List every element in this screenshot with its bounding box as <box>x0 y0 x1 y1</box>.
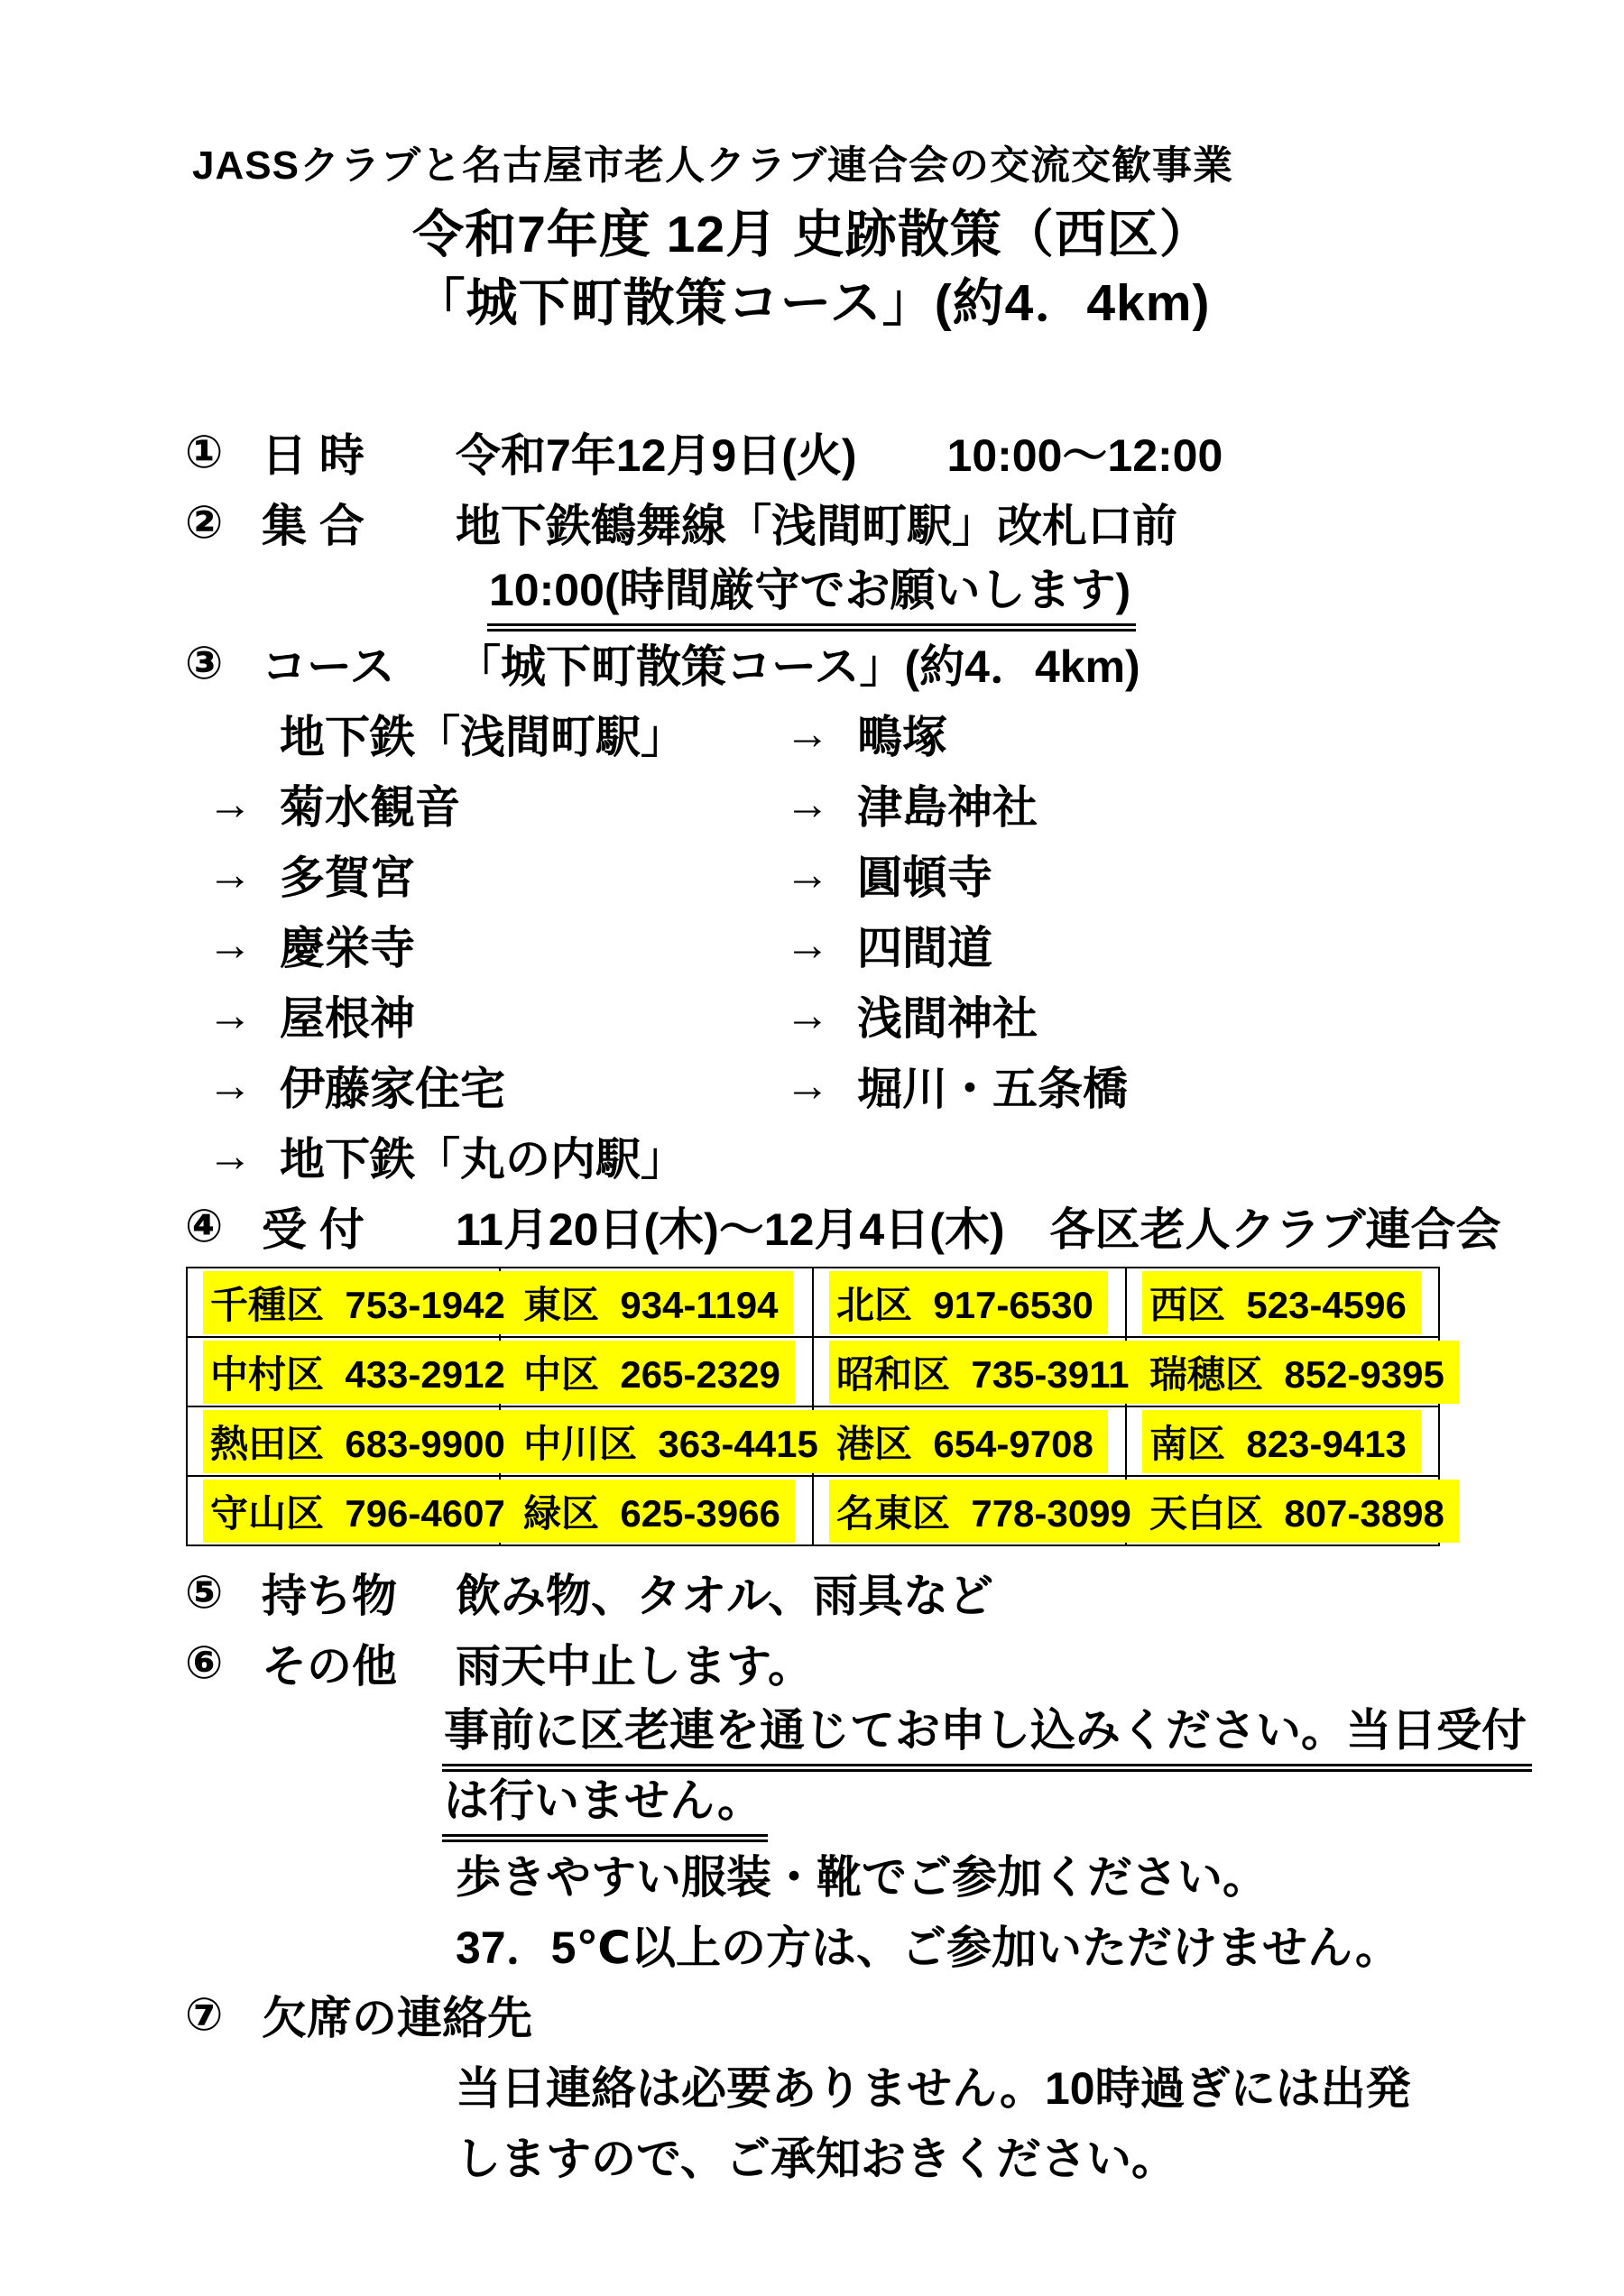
right-arrow: → <box>785 1059 857 1111</box>
item-label: その他 <box>262 1630 456 1695</box>
course-row: → 菊水観音 → 津島神社 <box>0 769 1624 839</box>
item-number: ① <box>185 426 262 478</box>
course-stop: 四間道 <box>857 912 992 977</box>
course-stop: 鴫塚 <box>857 701 947 766</box>
application-note-text2: は行いません。 <box>442 1765 768 1842</box>
item-value: 地下鉄鶴舞線「浅間町駅」改札口前 <box>456 490 1177 555</box>
ward-phone-highlight: 東区 934-1194 <box>516 1271 793 1334</box>
ward-phone-highlight: 昭和区 735-3911 <box>829 1341 1144 1404</box>
document-title: 令和7年度 12月 史跡散策（西区） <box>0 200 1624 269</box>
ward-phone-highlight: 中区 265-2329 <box>516 1341 795 1404</box>
course-row: → 多賀宮 → 圓頓寺 <box>0 839 1624 909</box>
course-row: → 地下鉄「丸の内駅」 <box>0 1120 1624 1191</box>
course-stop: 津島神社 <box>857 771 1038 836</box>
right-arrow: → <box>785 707 857 760</box>
ward-phone-cell: 北区 917-6530 <box>813 1268 1126 1337</box>
ward-phone-highlight: 南区 823-9413 <box>1142 1410 1421 1473</box>
application-note-line2: は行いません。 <box>0 1768 1624 1839</box>
ward-phone-cell: 西区 523-4596 <box>1126 1268 1439 1337</box>
item-label: コース <box>262 631 456 696</box>
right-arrow: → <box>208 1130 280 1182</box>
item-number: ⑥ <box>185 1637 262 1689</box>
course-stop: 慶栄寺 <box>280 912 785 977</box>
ward-phone-highlight: 中川区 363-4415 <box>516 1410 833 1473</box>
course-stop: 浅間神社 <box>857 982 1038 1047</box>
item-number: ⑤ <box>185 1566 262 1618</box>
item-label: 欠席の連絡先 <box>262 1982 532 2047</box>
item-label: 日 時 <box>262 420 456 484</box>
item-label: 受 付 <box>262 1194 456 1259</box>
course-stop: 堀川・五条橋 <box>857 1053 1128 1118</box>
ward-phone-highlight: 瑞穂区 852-9395 <box>1142 1341 1459 1404</box>
ward-phone-highlight: 千種区 753-1942 <box>203 1271 520 1334</box>
ward-phone-cell: 瑞穂区 852-9395 <box>1126 1337 1439 1406</box>
ward-phone-highlight: 名東区 778-3099 <box>829 1480 1146 1543</box>
document-course-title: 「城下町散策コース」(約4．4km) <box>0 269 1624 337</box>
course-row: → 慶栄寺 → 四間道 <box>0 909 1624 980</box>
ward-phone-cell: 南区 823-9413 <box>1126 1406 1439 1476</box>
item-course: ③ コース 「城下町散策コース」(約4．4km) <box>0 628 1624 698</box>
ward-phone-highlight: 港区 654-9708 <box>829 1410 1108 1473</box>
right-arrow: → <box>785 778 857 830</box>
course-stop: 菊水観音 <box>280 771 785 836</box>
item-value: 令和7年12月9日(火) 10:00～12:00 <box>456 420 1223 484</box>
item-label: 集 合 <box>262 490 456 555</box>
course-route-list: 地下鉄「浅間町駅」 → 鴫塚 → 菊水観音 → 津島神社 → 多賀宮 → 圓頓寺… <box>0 698 1624 1191</box>
item-label: 持ち物 <box>262 1560 456 1625</box>
ward-phone-cell: 守山区 796-4607 <box>187 1476 500 1545</box>
ward-phone-cell: 天白区 807-3898 <box>1126 1476 1439 1545</box>
table-row: 中村区 433-2912 中区 265-2329 昭和区 735-3911 瑞穂… <box>187 1337 1439 1406</box>
ward-phone-table: 千種区 753-1942 東区 934-1194 北区 917-6530 西区 … <box>186 1267 1440 1546</box>
right-arrow: → <box>208 848 280 900</box>
ward-phone-cell: 緑区 625-3966 <box>500 1476 813 1545</box>
item-other: ⑥ その他 雨天中止します。 <box>0 1627 1624 1698</box>
absence-note-line1: 当日連絡は必要ありません。10時過ぎには出発 <box>0 2050 1624 2120</box>
ward-phone-cell: 港区 654-9708 <box>813 1406 1126 1476</box>
course-stop: 圓頓寺 <box>857 842 992 907</box>
ward-phone-highlight: 中村区 433-2912 <box>203 1341 520 1404</box>
ward-phone-cell: 昭和区 735-3911 <box>813 1337 1126 1406</box>
absence-note-text2: しますので、ご承知おきください。 <box>456 2123 1176 2188</box>
ward-phone-highlight: 西区 523-4596 <box>1142 1271 1421 1334</box>
item-absence-contact: ⑦ 欠席の連絡先 <box>0 1979 1624 2050</box>
course-row: → 伊藤家住宅 → 堀川・五条橋 <box>0 1050 1624 1120</box>
right-arrow: → <box>208 918 280 971</box>
right-arrow: → <box>785 918 857 971</box>
ward-phone-cell: 名東区 778-3099 <box>813 1476 1126 1545</box>
course-stop: 地下鉄「浅間町駅」 <box>280 701 785 766</box>
table-row: 千種区 753-1942 東区 934-1194 北区 917-6530 西区 … <box>187 1268 1439 1337</box>
ward-phone-highlight: 北区 917-6530 <box>829 1271 1108 1334</box>
ward-phone-cell: 東区 934-1194 <box>500 1268 813 1337</box>
clothing-note-text: 歩きやすい服装・靴でご参加ください。 <box>456 1841 1268 1906</box>
ward-phone-highlight: 熱田区 683-9900 <box>203 1410 520 1473</box>
ward-phone-cell: 中川区 363-4415 <box>500 1406 813 1476</box>
right-arrow: → <box>785 848 857 900</box>
item-value: 11月20日(木)～12月4日(木) 各区老人クラブ連合会 <box>456 1194 1501 1259</box>
document-page: JASSクラブと名古屋市老人クラブ連合会の交流交歓事業 令和7年度 12月 史跡… <box>0 0 1624 2296</box>
meeting-time-note: 10:00(時間厳守でお願いします) <box>0 558 1624 628</box>
temperature-note-line: 37．5℃以上の方は、ご参加いただけません。 <box>0 1909 1624 1979</box>
item-number: ⑦ <box>185 1988 262 2041</box>
item-value: 飲み物、タオル、雨具など <box>456 1560 993 1625</box>
right-arrow: → <box>208 778 280 830</box>
right-arrow: → <box>208 989 280 1041</box>
ward-phone-cell: 中村区 433-2912 <box>187 1337 500 1406</box>
meeting-time-note-text: 10:00(時間厳守でお願いします) <box>487 554 1136 632</box>
item-datetime: ① 日 時 令和7年12月9日(火) 10:00～12:00 <box>0 417 1624 487</box>
table-row: 守山区 796-4607 緑区 625-3966 名東区 778-3099 天白… <box>187 1476 1439 1545</box>
right-arrow: → <box>785 989 857 1041</box>
application-note-line1: 事前に区老連を通じてお申し込みください。当日受付 <box>0 1698 1624 1768</box>
course-stop: 屋根神 <box>280 982 785 1047</box>
absence-note-line2: しますので、ご承知おきください。 <box>0 2120 1624 2190</box>
table-row: 熱田区 683-9900 中川区 363-4415 港区 654-9708 南区… <box>187 1406 1439 1476</box>
item-meeting: ② 集 合 地下鉄鶴舞線「浅間町駅」改札口前 <box>0 487 1624 558</box>
document-subtitle: JASSクラブと名古屋市老人クラブ連合会の交流交歓事業 <box>192 137 1624 195</box>
ward-phone-cell: 中区 265-2329 <box>500 1337 813 1406</box>
ward-phone-cell: 熱田区 683-9900 <box>187 1406 500 1476</box>
item-number: ③ <box>185 637 262 689</box>
ward-phone-highlight: 守山区 796-4607 <box>203 1480 520 1543</box>
course-row: → 屋根神 → 浅間神社 <box>0 980 1624 1050</box>
course-stop: 多賀宮 <box>280 842 785 907</box>
ward-phone-highlight: 緑区 625-3966 <box>516 1480 795 1543</box>
ward-phone-cell: 千種区 753-1942 <box>187 1268 500 1337</box>
ward-phone-highlight: 天白区 807-3898 <box>1142 1480 1459 1543</box>
item-value: 「城下町散策コース」(約4．4km) <box>456 631 1140 696</box>
temperature-note-text: 37．5℃以上の方は、ご参加いただけません。 <box>456 1912 1400 1977</box>
right-arrow: → <box>208 1059 280 1111</box>
application-note-text1: 事前に区老連を通じてお申し込みください。当日受付 <box>442 1694 1532 1772</box>
item-number: ④ <box>185 1200 262 1252</box>
course-stop: 伊藤家住宅 <box>280 1053 785 1118</box>
item-number: ② <box>185 496 262 549</box>
item-belongings: ⑤ 持ち物 飲み物、タオル、雨具など <box>0 1557 1624 1627</box>
item-reception: ④ 受 付 11月20日(木)～12月4日(木) 各区老人クラブ連合会 <box>0 1191 1624 1261</box>
clothing-note-line: 歩きやすい服装・靴でご参加ください。 <box>0 1839 1624 1909</box>
item-value: 雨天中止します。 <box>456 1630 813 1695</box>
absence-note-text1: 当日連絡は必要ありません。10時過ぎには出発 <box>456 2052 1411 2117</box>
course-row: 地下鉄「浅間町駅」 → 鴫塚 <box>0 698 1624 769</box>
course-stop: 地下鉄「丸の内駅」 <box>280 1123 785 1188</box>
